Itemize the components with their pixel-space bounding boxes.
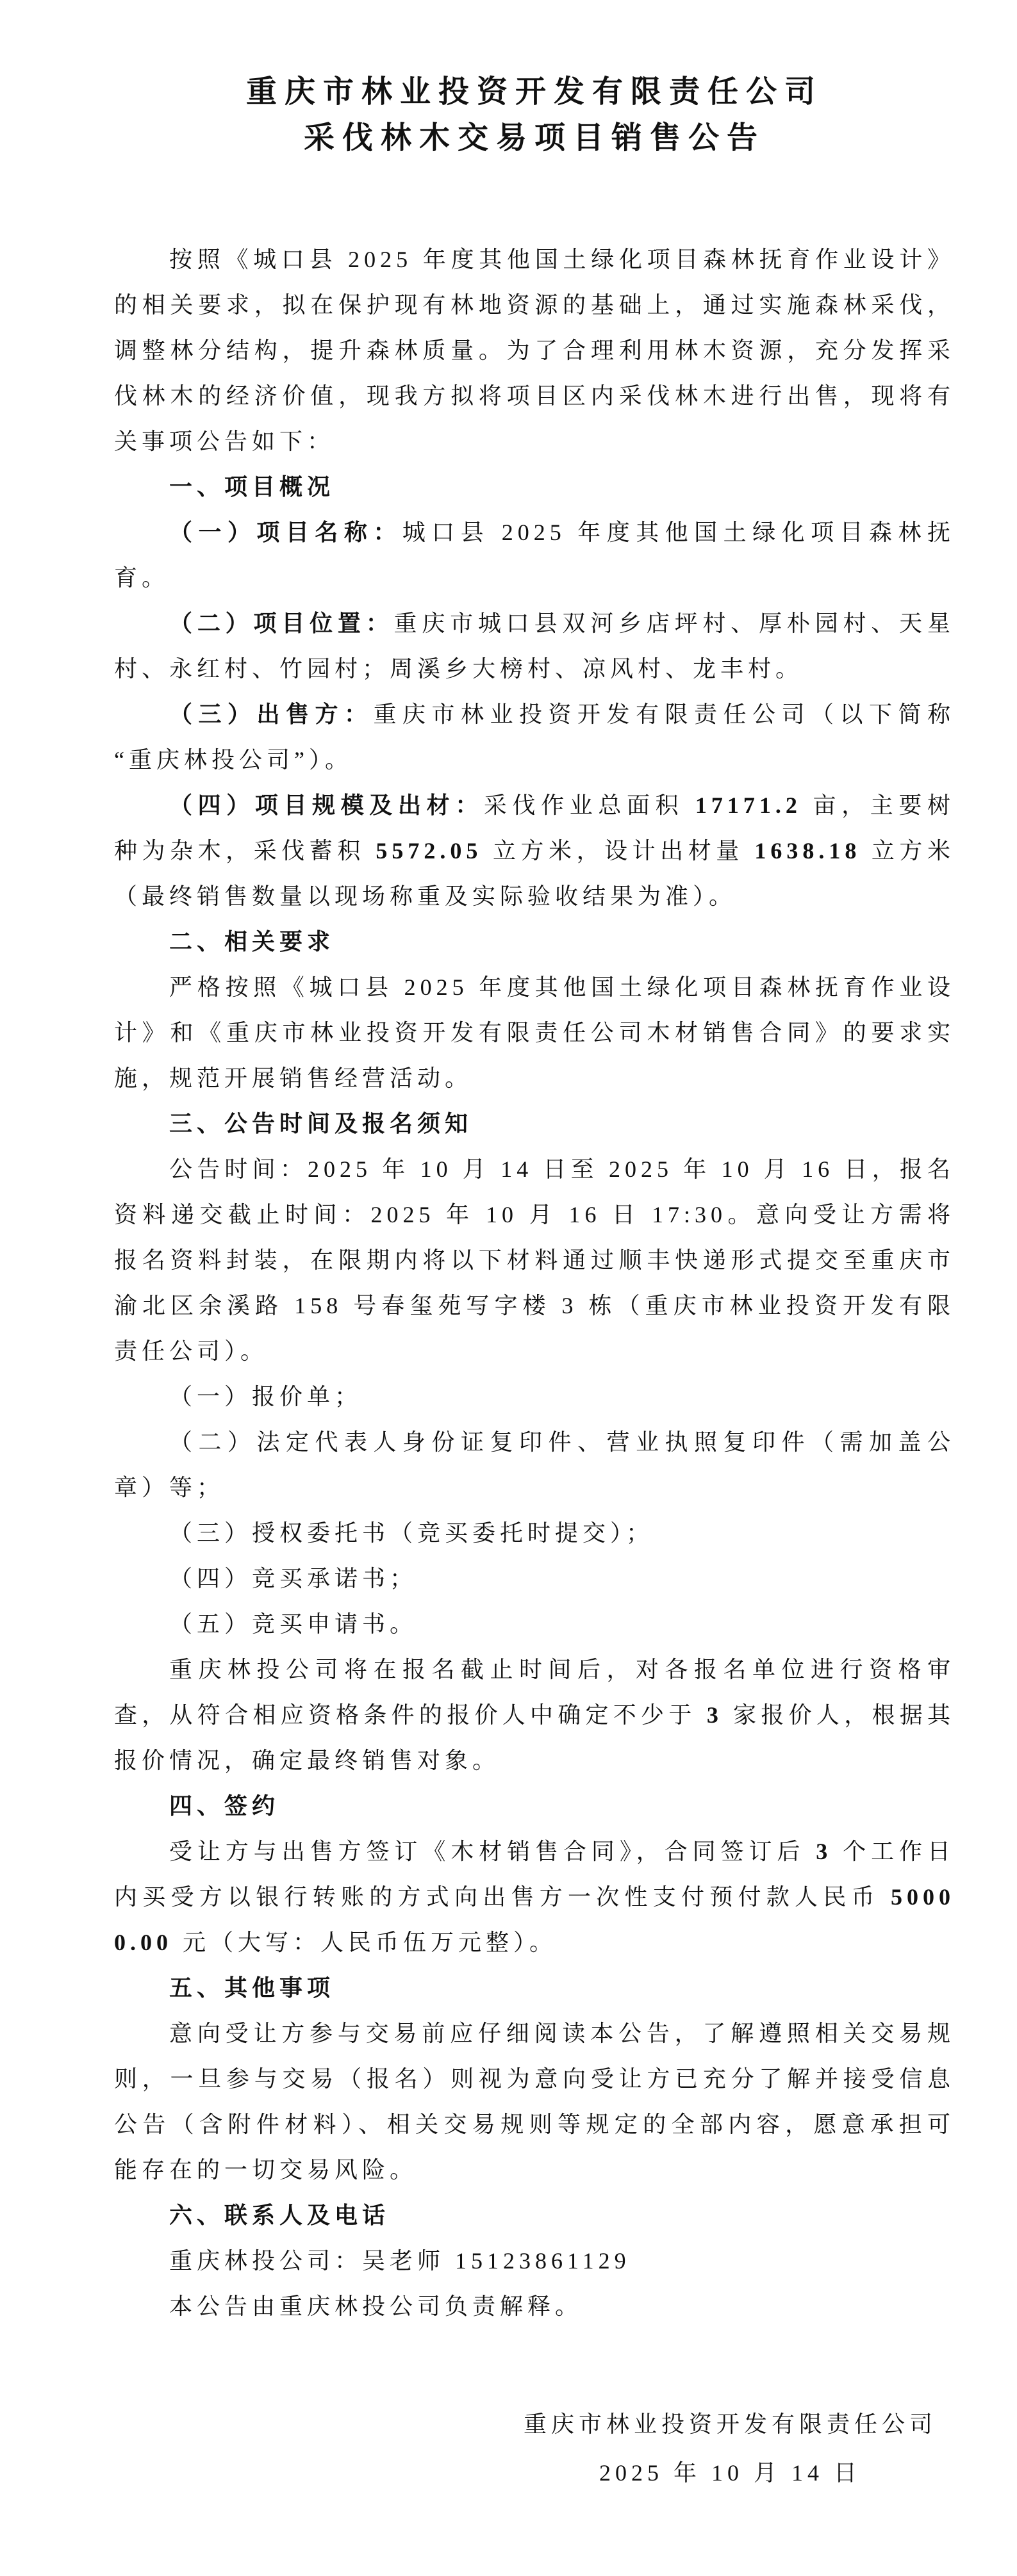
stock-volume-value: 5572.05 <box>376 838 482 864</box>
material-item-1: （一）报价单； <box>114 1374 955 1420</box>
document-title-line-2: 采伐林木交易项目销售公告 <box>114 115 955 161</box>
project-location-label: （二）项目位置： <box>169 611 394 636</box>
signature-inner: 重庆市林业投资开发有限责任公司 2025 年 10 月 14 日 <box>524 2400 937 2497</box>
total-area-value: 17171.2 <box>695 792 802 818</box>
section-6-heading: 六、联系人及电话 <box>114 2193 955 2238</box>
seller-label: （三）出售方： <box>169 701 374 727</box>
seller-paragraph: （三）出售方：重庆市林业投资开发有限责任公司（以下简称“重庆林投公司”）。 <box>114 692 955 783</box>
working-days-value: 3 <box>816 1839 832 1864</box>
interpretation-paragraph: 本公告由重庆林投公司负责解释。 <box>114 2284 955 2329</box>
material-item-3: （三）授权委托书（竞买委托时提交）； <box>114 1511 955 1556</box>
qualification-review-paragraph: 重庆林投公司将在报名截止时间后，对各报名单位进行资格审查，从符合相应资格条件的报… <box>114 1647 955 1784</box>
contract-text: 元（大写：人民币伍万元整）。 <box>172 1930 557 1955</box>
requirements-paragraph: 严格按照《城口县 2025 年度其他国土绿化项目森林抚育作业设计》和《重庆市林业… <box>114 965 955 1101</box>
section-5-heading: 五、其他事项 <box>114 1965 955 2011</box>
document-title: 重庆市林业投资开发有限责任公司 采伐林木交易项目销售公告 <box>114 69 955 161</box>
document-title-line-1: 重庆市林业投资开发有限责任公司 <box>114 69 955 115</box>
project-name-label: （一）项目名称： <box>169 520 402 545</box>
section-3-heading: 三、公告时间及报名须知 <box>114 1101 955 1147</box>
intro-paragraph: 按照《城口县 2025 年度其他国土绿化项目森林抚育作业设计》的相关要求，拟在保… <box>114 237 955 464</box>
scale-text: 采伐作业总面积 <box>484 792 695 818</box>
project-scale-paragraph: （四）项目规模及出材：采伐作业总面积 17171.2 亩，主要树种为杂木，采伐蓄… <box>114 783 955 919</box>
contract-text: 受让方与出售方签订《木材销售合同》，合同签订后 <box>169 1839 816 1864</box>
announcement-time-paragraph: 公告时间：2025 年 10 月 14 日至 2025 年 10 月 16 日，… <box>114 1147 955 1374</box>
other-matters-paragraph: 意向受让方参与交易前应仔细阅读本公告，了解遵照相关交易规则，一旦参与交易（报名）… <box>114 2011 955 2193</box>
signature-company: 重庆市林业投资开发有限责任公司 <box>524 2400 937 2449</box>
material-item-4: （四）竞买承诺书； <box>114 1556 955 1602</box>
contact-paragraph: 重庆林投公司：吴老师 15123861129 <box>114 2238 955 2284</box>
section-4-heading: 四、签约 <box>114 1784 955 1829</box>
document-body: 按照《城口县 2025 年度其他国土绿化项目森林抚育作业设计》的相关要求，拟在保… <box>114 237 955 2329</box>
min-bidders-value: 3 <box>707 1702 723 1728</box>
section-2-heading: 二、相关要求 <box>114 919 955 965</box>
project-location-paragraph: （二）项目位置：重庆市城口县双河乡店坪村、厚朴园村、天星村、永红村、竹园村；周溪… <box>114 601 955 692</box>
contract-paragraph: 受让方与出售方签订《木材销售合同》，合同签订后 3 个工作日内买受方以银行转账的… <box>114 1829 955 1965</box>
timber-output-value: 1638.18 <box>754 838 861 864</box>
project-scale-label: （四）项目规模及出材： <box>169 792 484 818</box>
signature-block: 重庆市林业投资开发有限责任公司 2025 年 10 月 14 日 <box>114 2400 955 2497</box>
section-1-heading: 一、项目概况 <box>114 464 955 510</box>
material-item-5: （五）竞买申请书。 <box>114 1602 955 1647</box>
announcement-document: 重庆市林业投资开发有限责任公司 采伐林木交易项目销售公告 按照《城口县 2025… <box>0 0 1017 2576</box>
signature-date: 2025 年 10 月 14 日 <box>524 2449 937 2497</box>
scale-text: 立方米，设计出材量 <box>482 838 754 864</box>
material-item-2: （二）法定代表人身份证复印件、营业执照复印件（需加盖公章）等； <box>114 1420 955 1511</box>
project-name-paragraph: （一）项目名称：城口县 2025 年度其他国土绿化项目森林抚育。 <box>114 510 955 601</box>
